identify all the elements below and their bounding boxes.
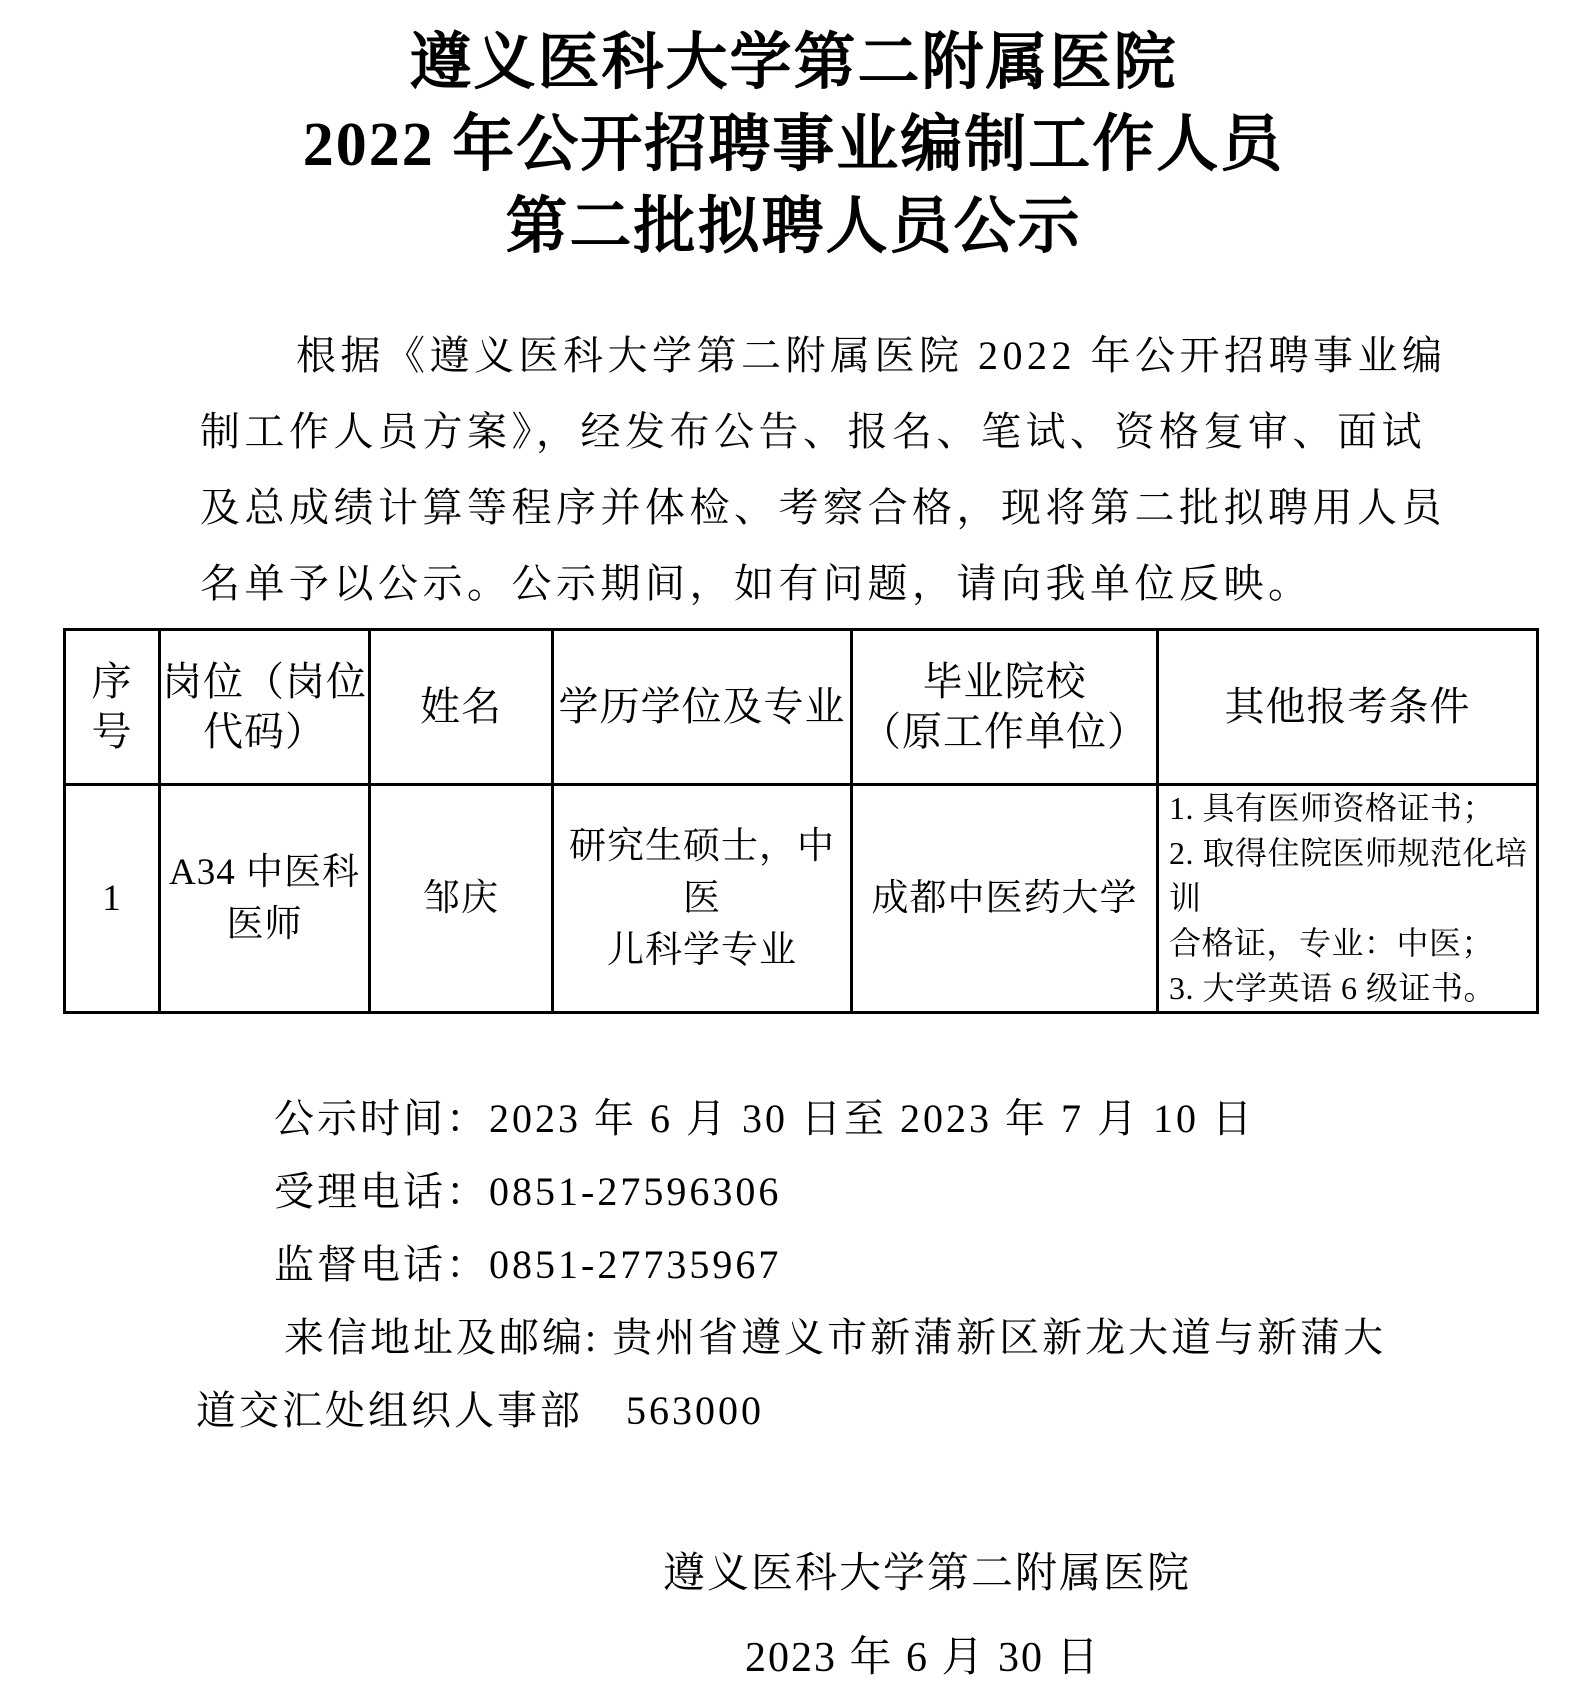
cell-conditions: 1. 具有医师资格证书； 2. 取得住院医师规范化培训 合格证，专业：中医； 3… [1158, 785, 1538, 1013]
condition-line: 合格证，专业：中医； [1169, 921, 1528, 966]
cell-name: 邹庆 [370, 785, 553, 1013]
header-cell-conditions: 其他报考条件 [1158, 630, 1538, 785]
mailing-address-line: 道交汇处组织人事部 563000 [196, 1374, 1406, 1447]
intro-line: 根据《遵义医科大学第二附属医院 2022 年公开招聘事业编 [200, 318, 1404, 394]
document-page: 遵义医科大学第二附属医院 2022 年公开招聘事业编制工作人员 第二批拟聘人员公… [0, 0, 1587, 1704]
cell-no: 1 [65, 785, 160, 1013]
cell-education-line: 研究生硕士，中医 [554, 821, 850, 925]
cell-position-line: 医师 [161, 899, 368, 951]
supervise-phone: 监督电话：0851-27735967 [196, 1228, 1406, 1301]
title-line-3: 第二批拟聘人员公示 [0, 186, 1587, 268]
header-school-line: 毕业院校 [853, 657, 1156, 707]
header-school-line: （原工作单位） [853, 707, 1156, 757]
recruitment-table: 序 号 岗位（岗位 代码） 姓名 学历学位及专业 毕业院校 （原工作单位） 其他… [63, 628, 1539, 1014]
intro-line: 及总成绩计算等程序并体检、考察合格，现将第二批拟聘用人员 [200, 470, 1404, 546]
header-no-line: 号 [66, 707, 158, 757]
header-cell-no: 序 号 [65, 630, 160, 785]
table-row: 1 A34 中医科 医师 邹庆 研究生硕士，中医 儿科学专业 成都中医药大学 1… [65, 785, 1538, 1013]
header-cell-name: 姓名 [370, 630, 553, 785]
condition-line: 1. 具有医师资格证书； [1169, 786, 1528, 831]
header-no-line: 序 [66, 657, 158, 707]
header-cell-position: 岗位（岗位 代码） [160, 630, 370, 785]
title-line-1: 遵义医科大学第二附属医院 [0, 22, 1587, 104]
condition-line: 2. 取得住院医师规范化培训 [1169, 831, 1528, 921]
cell-position: A34 中医科 医师 [160, 785, 370, 1013]
signature-date: 2023 年 6 月 30 日 [745, 1624, 1101, 1684]
notice-time: 公示时间：2023 年 6 月 30 日至 2023 年 7 月 10 日 [196, 1082, 1406, 1155]
cell-education: 研究生硕士，中医 儿科学专业 [553, 785, 852, 1013]
cell-position-line: A34 中医科 [161, 847, 368, 899]
signature-organization: 遵义医科大学第二附属医院 [663, 1540, 1191, 1600]
condition-line: 3. 大学英语 6 级证书。 [1169, 966, 1528, 1011]
table-header-row: 序 号 岗位（岗位 代码） 姓名 学历学位及专业 毕业院校 （原工作单位） 其他… [65, 630, 1538, 785]
header-position-line: 岗位（岗位 [161, 657, 368, 707]
intro-paragraph: 根据《遵义医科大学第二附属医院 2022 年公开招聘事业编 制工作人员方案》，经… [200, 318, 1404, 622]
document-title: 遵义医科大学第二附属医院 2022 年公开招聘事业编制工作人员 第二批拟聘人员公… [0, 22, 1587, 268]
header-position-line: 代码） [161, 707, 368, 757]
accept-phone: 受理电话：0851-27596306 [196, 1155, 1406, 1228]
mailing-address-line: 来信地址及邮编: 贵州省遵义市新蒲新区新龙大道与新蒲大 [196, 1301, 1406, 1374]
footer-info: 公示时间：2023 年 6 月 30 日至 2023 年 7 月 10 日 受理… [196, 1082, 1406, 1447]
cell-school: 成都中医药大学 [852, 785, 1158, 1013]
intro-line: 名单予以公示。公示期间，如有问题，请向我单位反映。 [200, 546, 1404, 622]
title-line-2: 2022 年公开招聘事业编制工作人员 [0, 104, 1587, 186]
header-cell-education: 学历学位及专业 [553, 630, 852, 785]
intro-line: 制工作人员方案》，经发布公告、报名、笔试、资格复审、面试 [200, 394, 1404, 470]
cell-education-line: 儿科学专业 [554, 925, 850, 977]
header-cell-school: 毕业院校 （原工作单位） [852, 630, 1158, 785]
